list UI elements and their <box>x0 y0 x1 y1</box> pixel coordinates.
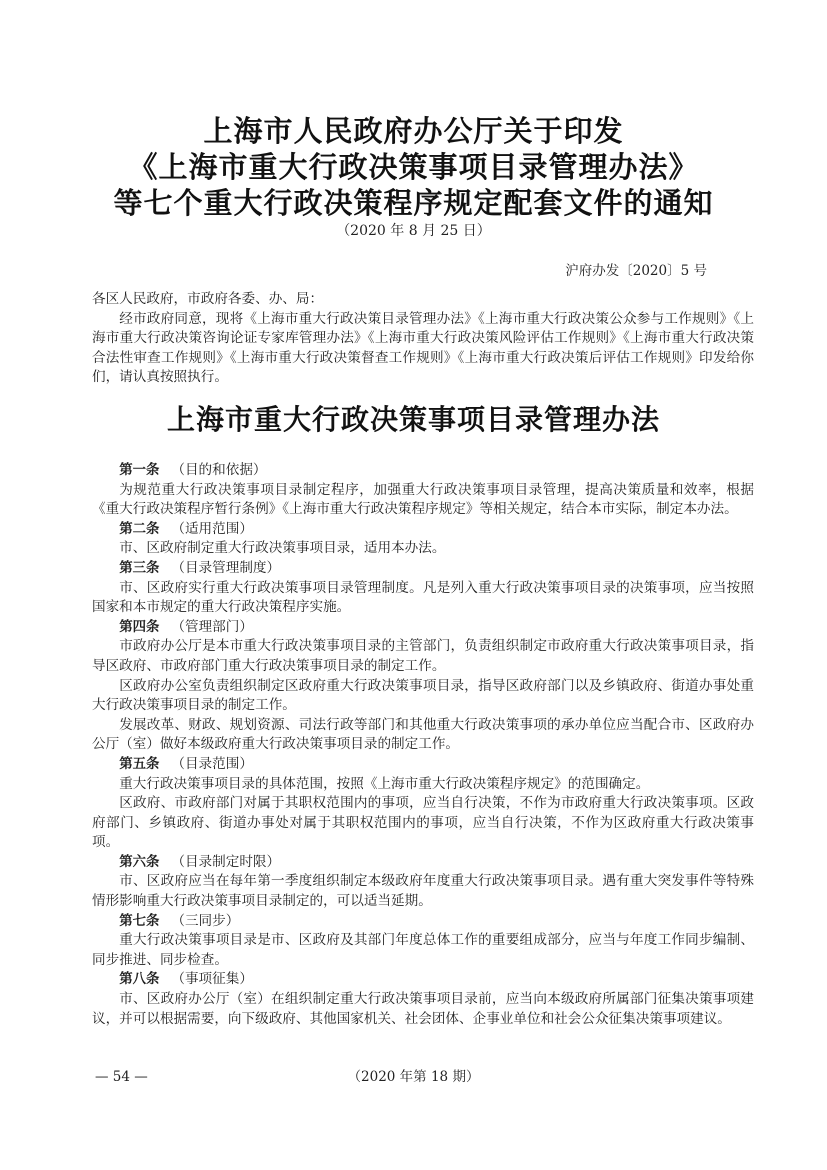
article-number: 第六条 <box>119 855 159 870</box>
article-number: 第七条 <box>119 914 159 929</box>
article-number: 第三条 <box>119 561 159 576</box>
article-paragraph: 市、区政府实行重大行政决策事项目录管理制度。凡是列入重大行政决策事项目录的决策事… <box>92 579 754 618</box>
article-paragraph: 重大行政决策事项目录是市、区政府及其部门年度总体工作的重要组成部分，应当与年度工… <box>92 931 754 970</box>
article-number: 第一条 <box>119 463 159 478</box>
regulation-title: 上海市重大行政决策事项目录管理办法 <box>0 402 827 438</box>
article-heading: 第七条（三同步） <box>92 912 754 932</box>
notice-title-line-2: 《上海市重大行政决策事项目录管理办法》 <box>0 149 827 185</box>
article-topic: （目的和依据） <box>171 462 266 478</box>
article-heading: 第一条（目的和依据） <box>92 461 754 481</box>
article-paragraph: 发展改革、财政、规划资源、司法行政等部门和其他重大行政决策事项的承办单位应当配合… <box>92 716 754 755</box>
article-topic: （管理部门） <box>171 619 253 635</box>
article-topic: （目录制定时限） <box>171 854 280 870</box>
article-number: 第五条 <box>119 757 159 772</box>
article-paragraph: 为规范重大行政决策事项目录制定程序，加强重大行政决策事项目录管理，提高决策质量和… <box>92 481 754 520</box>
notice-date: （2020 年 8 月 25 日） <box>0 222 827 240</box>
article-topic: （三同步） <box>171 913 239 929</box>
article-paragraph: 市政府办公厅是本市重大行政决策事项目录的主管部门，负责组织制定市政府重大行政决策… <box>92 637 754 676</box>
notice-paragraph: 经市政府同意，现将《上海市重大行政决策目录管理办法》《上海市重大行政决策公众参与… <box>92 310 754 388</box>
article-heading: 第二条（适用范围） <box>92 520 754 540</box>
notice-title-line-1: 上海市人民政府办公厅关于印发 <box>0 113 827 149</box>
article-heading: 第四条（管理部门） <box>92 618 754 638</box>
issue-label: （2020 年第 18 期） <box>0 1068 827 1086</box>
article-paragraph: 市、区政府办公厅（室）在组织制定重大行政决策事项目录前，应当向本级政府所属部门征… <box>92 990 754 1029</box>
addressee: 各区人民政府，市政府各委、办、局： <box>92 290 754 310</box>
article-topic: （目录范围） <box>171 756 253 772</box>
article-heading: 第三条（目录管理制度） <box>92 559 754 579</box>
article-paragraph: 市、区政府制定重大行政决策事项目录，适用本办法。 <box>92 539 754 559</box>
article-heading: 第六条（目录制定时限） <box>92 853 754 873</box>
notice-body: 各区人民政府，市政府各委、办、局： 经市政府同意，现将《上海市重大行政决策目录管… <box>92 290 754 388</box>
article-paragraph: 区政府办公室负责组织制定区政府重大行政决策事项目录，指导区政府部门以及乡镇政府、… <box>92 677 754 716</box>
article-paragraph: 市、区政府应当在每年第一季度组织制定本级政府年度重大行政决策事项目录。遇有重大突… <box>92 872 754 911</box>
article-topic: （事项征集） <box>171 971 253 987</box>
article-paragraph: 重大行政决策事项目录的具体范围，按照《上海市重大行政决策程序规定》的范围确定。 <box>92 775 754 795</box>
document-number: 沪府办发〔2020〕5 号 <box>565 262 707 280</box>
article-paragraph: 区政府、市政府部门对属于其职权范围内的事项，应当自行决策，不作为市政府重大行政决… <box>92 794 754 853</box>
article-number: 第二条 <box>119 522 159 537</box>
article-number: 第八条 <box>119 972 159 987</box>
document-page: 上海市人民政府办公厅关于印发 《上海市重大行政决策事项目录管理办法》 等七个重大… <box>0 0 827 1170</box>
notice-title-line-3: 等七个重大行政决策程序规定配套文件的通知 <box>0 185 827 221</box>
article-heading: 第五条（目录范围） <box>92 755 754 775</box>
article-topic: （目录管理制度） <box>171 560 280 576</box>
article-heading: 第八条（事项征集） <box>92 970 754 990</box>
article-topic: （适用范围） <box>171 521 253 537</box>
article-number: 第四条 <box>119 620 159 635</box>
regulation-articles: 第一条（目的和依据） 为规范重大行政决策事项目录制定程序，加强重大行政决策事项目… <box>92 461 754 1029</box>
